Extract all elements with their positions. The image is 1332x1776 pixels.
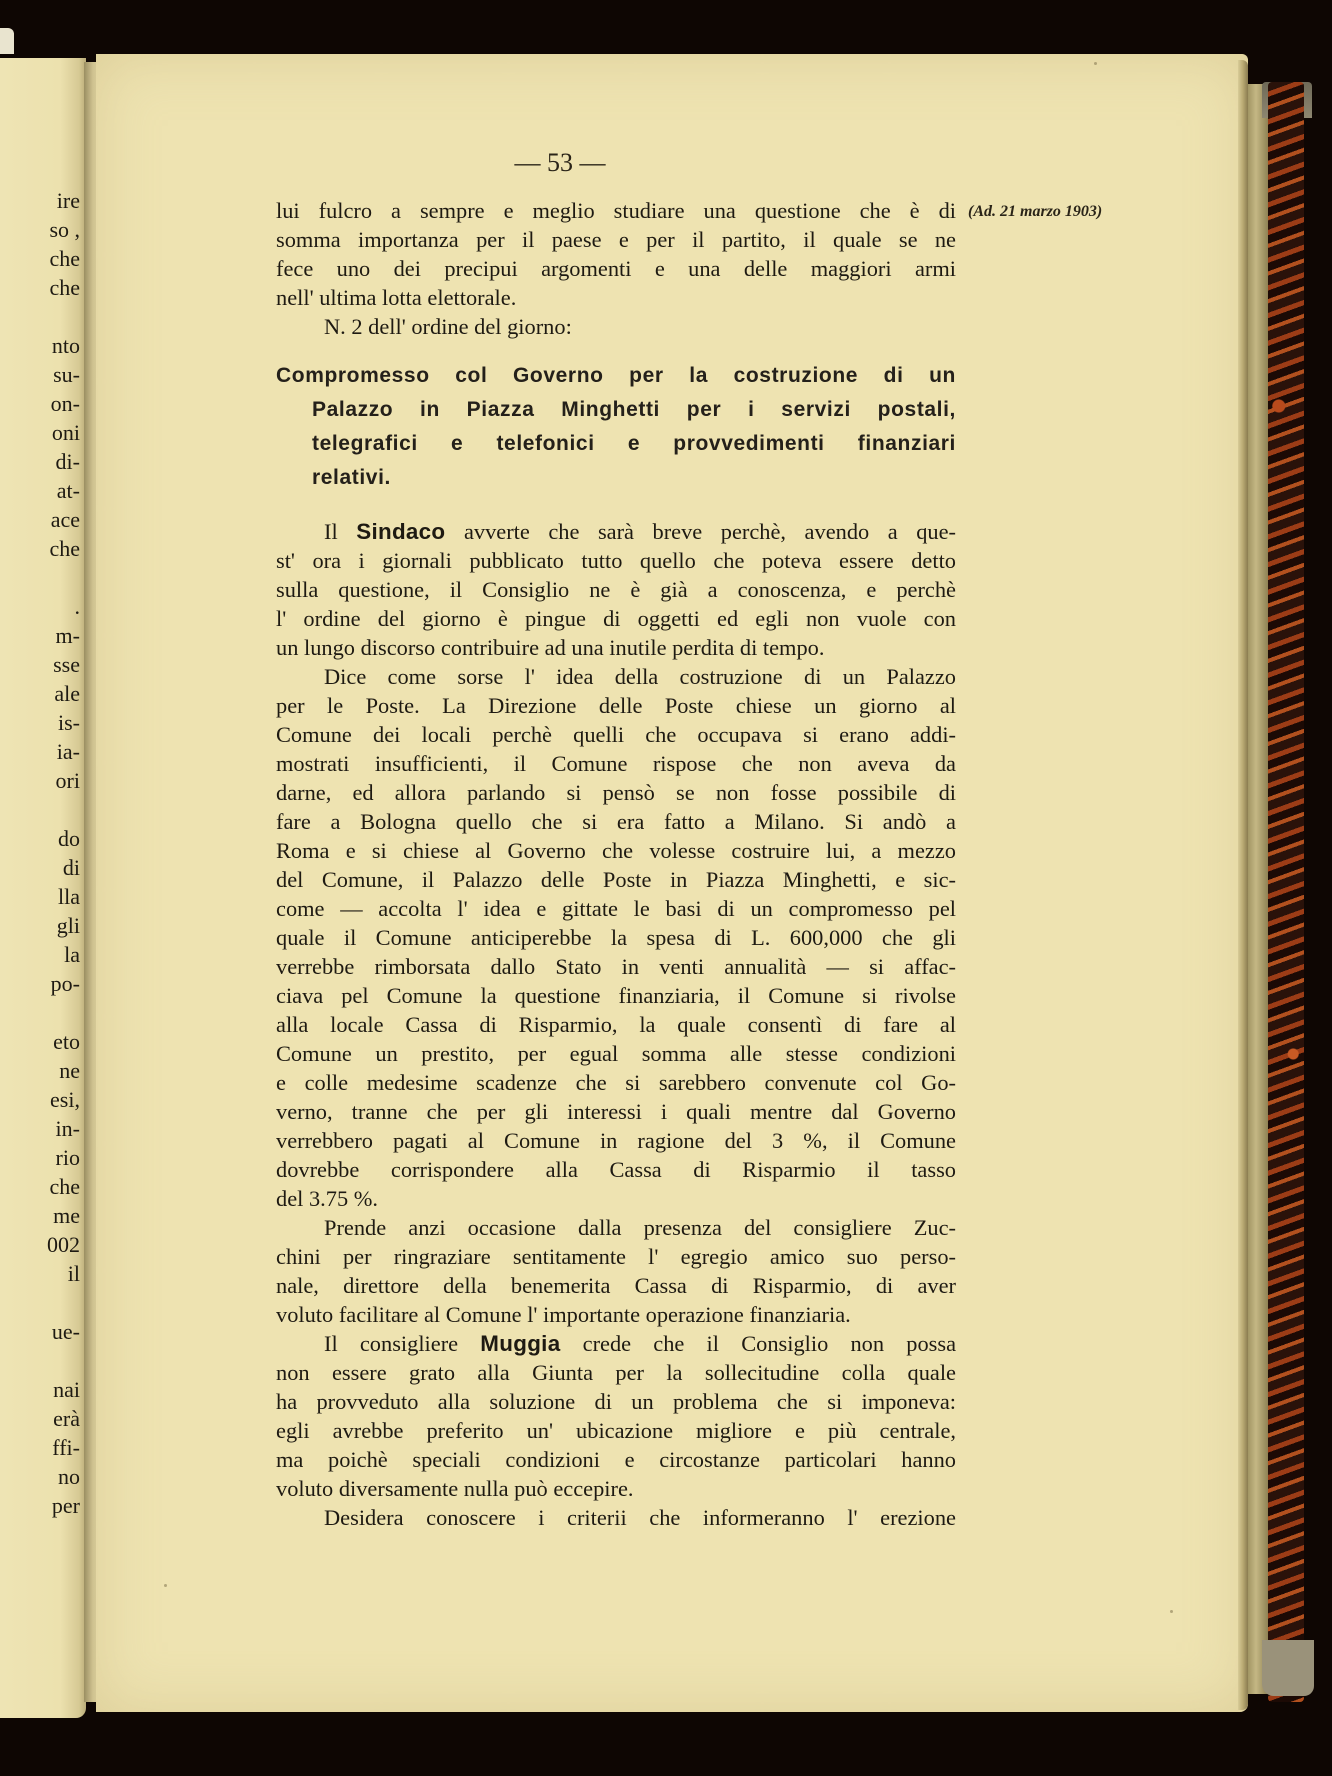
text-line: alla locale Cassa di Risparmio, la quale… <box>276 1010 956 1039</box>
cover-bottom-corner <box>1262 1640 1314 1696</box>
text-line: l' ordine del giorno è pingue di oggetti… <box>276 604 956 633</box>
text-line: fare a Bologna quello che si era fatto a… <box>276 807 956 836</box>
text-line: darne, ed allora parlando si pensò se no… <box>276 778 956 807</box>
text-line: Comune un prestito, per egual somma alle… <box>276 1039 956 1068</box>
paper-speck <box>164 1584 167 1587</box>
text-line: somma importanza per il paese e per il p… <box>276 225 956 254</box>
left-page-fragment-text: erà <box>53 1406 80 1432</box>
left-page-fragment-text: che <box>49 1174 80 1200</box>
text-line: del Comune, il Palazzo delle Poste in Pi… <box>276 865 956 894</box>
left-page-fragment-text: ue- <box>52 1319 80 1345</box>
text-line: chini per ringraziare sentitamente l' eg… <box>276 1242 956 1271</box>
left-page-fragment-text: on- <box>51 391 80 417</box>
left-page-fragment-text: me <box>53 1203 80 1229</box>
left-page-fragment-text: di- <box>56 449 80 475</box>
left-page-fragment-text: ale <box>54 681 80 707</box>
left-page-fragment-text: che <box>49 275 80 301</box>
text-line: come — accolta l' idea e gittate le basi… <box>276 894 956 923</box>
paper-speck <box>1170 1610 1173 1613</box>
left-page-fragment-text: rio <box>56 1145 80 1171</box>
text-line: nell' ultima lotta elettorale. <box>276 283 956 312</box>
agenda-item-label: N. 2 dell' ordine del giorno: <box>276 312 956 341</box>
text-line: nale, direttore della benemerita Cassa d… <box>276 1271 956 1300</box>
left-page-fragment: ireso ,chechentosu-on-onidi-at-aceche.m-… <box>0 58 86 1718</box>
left-page-fragment-text: oni <box>52 420 80 446</box>
text-line: voluto diversamente nulla può eccepire. <box>276 1474 956 1503</box>
agenda-heading-line: Palazzo in Piazza Minghetti per i serviz… <box>276 393 956 427</box>
left-page-fragment-text: no <box>58 1464 80 1490</box>
text-line: voluto facilitare al Comune l' important… <box>276 1300 956 1329</box>
left-page-fragment-text: di <box>63 855 80 881</box>
text-line: verno, tranne che per gli interessi i qu… <box>276 1097 956 1126</box>
text-line: egli avrebbe preferito un' ubicazione mi… <box>276 1416 956 1445</box>
left-page-fragment-text: at- <box>57 478 80 504</box>
text-line: non essere grato alla Giunta per la soll… <box>276 1358 956 1387</box>
page-number: — 53 — <box>500 148 620 178</box>
left-page-fragment-text: ace <box>51 507 80 533</box>
marbled-cover-edge <box>1268 82 1304 1702</box>
left-page-fragment-text: nai <box>53 1377 80 1403</box>
left-page-fragment-text: per <box>52 1493 80 1519</box>
book-scan: ireso ,chechentosu-on-onidi-at-aceche.m-… <box>0 0 1332 1776</box>
text-line: Roma e si chiese al Governo che volesse … <box>276 836 956 865</box>
left-page-fragment-text: eto <box>53 1029 80 1055</box>
left-page-fragment-text: so , <box>49 217 80 243</box>
text-line: dovrebbe corrispondere alla Cassa di Ris… <box>276 1155 956 1184</box>
text-line: ha provveduto alla soluzione di un probl… <box>276 1387 956 1416</box>
left-page-fragment-text: su- <box>53 362 80 388</box>
text-line: quale il Comune anticiperebbe la spesa d… <box>276 923 956 952</box>
text-prefix: Il consigliere <box>324 1331 480 1356</box>
text-line: e colle medesime scadenze che si sarebbe… <box>276 1068 956 1097</box>
speaker-name: Muggia <box>480 1331 560 1356</box>
left-page-fragment-text: 002 <box>47 1232 80 1258</box>
agenda-heading-line: telegrafici e telefonici e provvedimenti… <box>276 427 956 461</box>
text-line: Il consigliere Muggia crede che il Consi… <box>276 1329 956 1358</box>
speaker-name: Sindaco <box>356 519 445 544</box>
agenda-heading-line: Compromesso col Governo per la costruzio… <box>276 359 956 393</box>
left-page-fragment-text: la <box>64 942 80 968</box>
left-page-top-edge <box>0 28 14 54</box>
spacer <box>276 341 956 359</box>
page-edges <box>1248 84 1268 1694</box>
left-page-fragment-text: ne <box>59 1058 80 1084</box>
left-page-fragment-text: sse <box>53 652 80 678</box>
text-rest: crede che il Consiglio non possa <box>560 1331 956 1356</box>
text-line: Comune dei locali perchè quelli che occu… <box>276 720 956 749</box>
text-line: sulla questione, il Consiglio ne è già a… <box>276 575 956 604</box>
left-page-fragment-text: is- <box>58 710 80 736</box>
text-line: verrebbero pagati al Comune in ragione d… <box>276 1126 956 1155</box>
text-line: ciava pel Comune la questione finanziari… <box>276 981 956 1010</box>
left-page-fragment-text: esi, <box>50 1087 80 1113</box>
text-line: verrebbe rimborsata dallo Stato in venti… <box>276 952 956 981</box>
left-page-fragment-text: ire <box>57 188 80 214</box>
page-body: lui fulcro a sempre e meglio studiare un… <box>276 196 956 1532</box>
left-page-fragment-text: ori <box>56 768 80 794</box>
text-line: Desidera conoscere i criterii che inform… <box>276 1503 956 1532</box>
left-page-fragment-text: in- <box>56 1116 80 1142</box>
text-line: del 3.75 %. <box>276 1184 956 1213</box>
text-line: st' ora i giornali pubblicato tutto quel… <box>276 546 956 575</box>
left-page-fragment-text: ia- <box>57 739 80 765</box>
margin-date-note: (Ad. 21 marzo 1903) <box>968 203 1102 221</box>
text-line: fece uno dei precipui argomenti e una de… <box>276 254 956 283</box>
text-rest: avverte che sarà breve perchè, avendo a … <box>445 519 956 544</box>
text-line: mostrati insufficienti, il Comune rispos… <box>276 749 956 778</box>
spacer <box>276 495 956 517</box>
left-page-fragment-text: po- <box>51 971 80 997</box>
left-page-fragment-text: il <box>68 1261 80 1287</box>
left-page-fragment-text: m- <box>56 623 80 649</box>
left-page-fragment-text: do <box>58 826 80 852</box>
left-page-fragment-text: . <box>75 594 81 620</box>
text-line: per le Poste. La Direzione delle Poste c… <box>276 691 956 720</box>
left-page-fragment-text: ffi- <box>52 1435 80 1461</box>
text-line: un lungo discorso contribuire ad una inu… <box>276 633 956 662</box>
text-line: ma poichè speciali condizioni e circosta… <box>276 1445 956 1474</box>
text-prefix: Il <box>324 519 356 544</box>
left-page-fragment-text: che <box>49 536 80 562</box>
left-page-fragment-text: che <box>49 246 80 272</box>
text-line: Dice come sorse l' idea della costruzion… <box>276 662 956 691</box>
paper-speck <box>1094 62 1097 65</box>
text-line: Il Sindaco avverte che sarà breve perchè… <box>276 517 956 546</box>
text-line: Prende anzi occasione dalla presenza del… <box>276 1213 956 1242</box>
agenda-heading-line: relativi. <box>276 461 956 495</box>
left-page-fragment-text: nto <box>52 333 80 359</box>
left-page-fragment-text: gli <box>57 913 80 939</box>
text-line: lui fulcro a sempre e meglio studiare un… <box>276 196 956 225</box>
left-page-fragment-text: lla <box>58 884 80 910</box>
